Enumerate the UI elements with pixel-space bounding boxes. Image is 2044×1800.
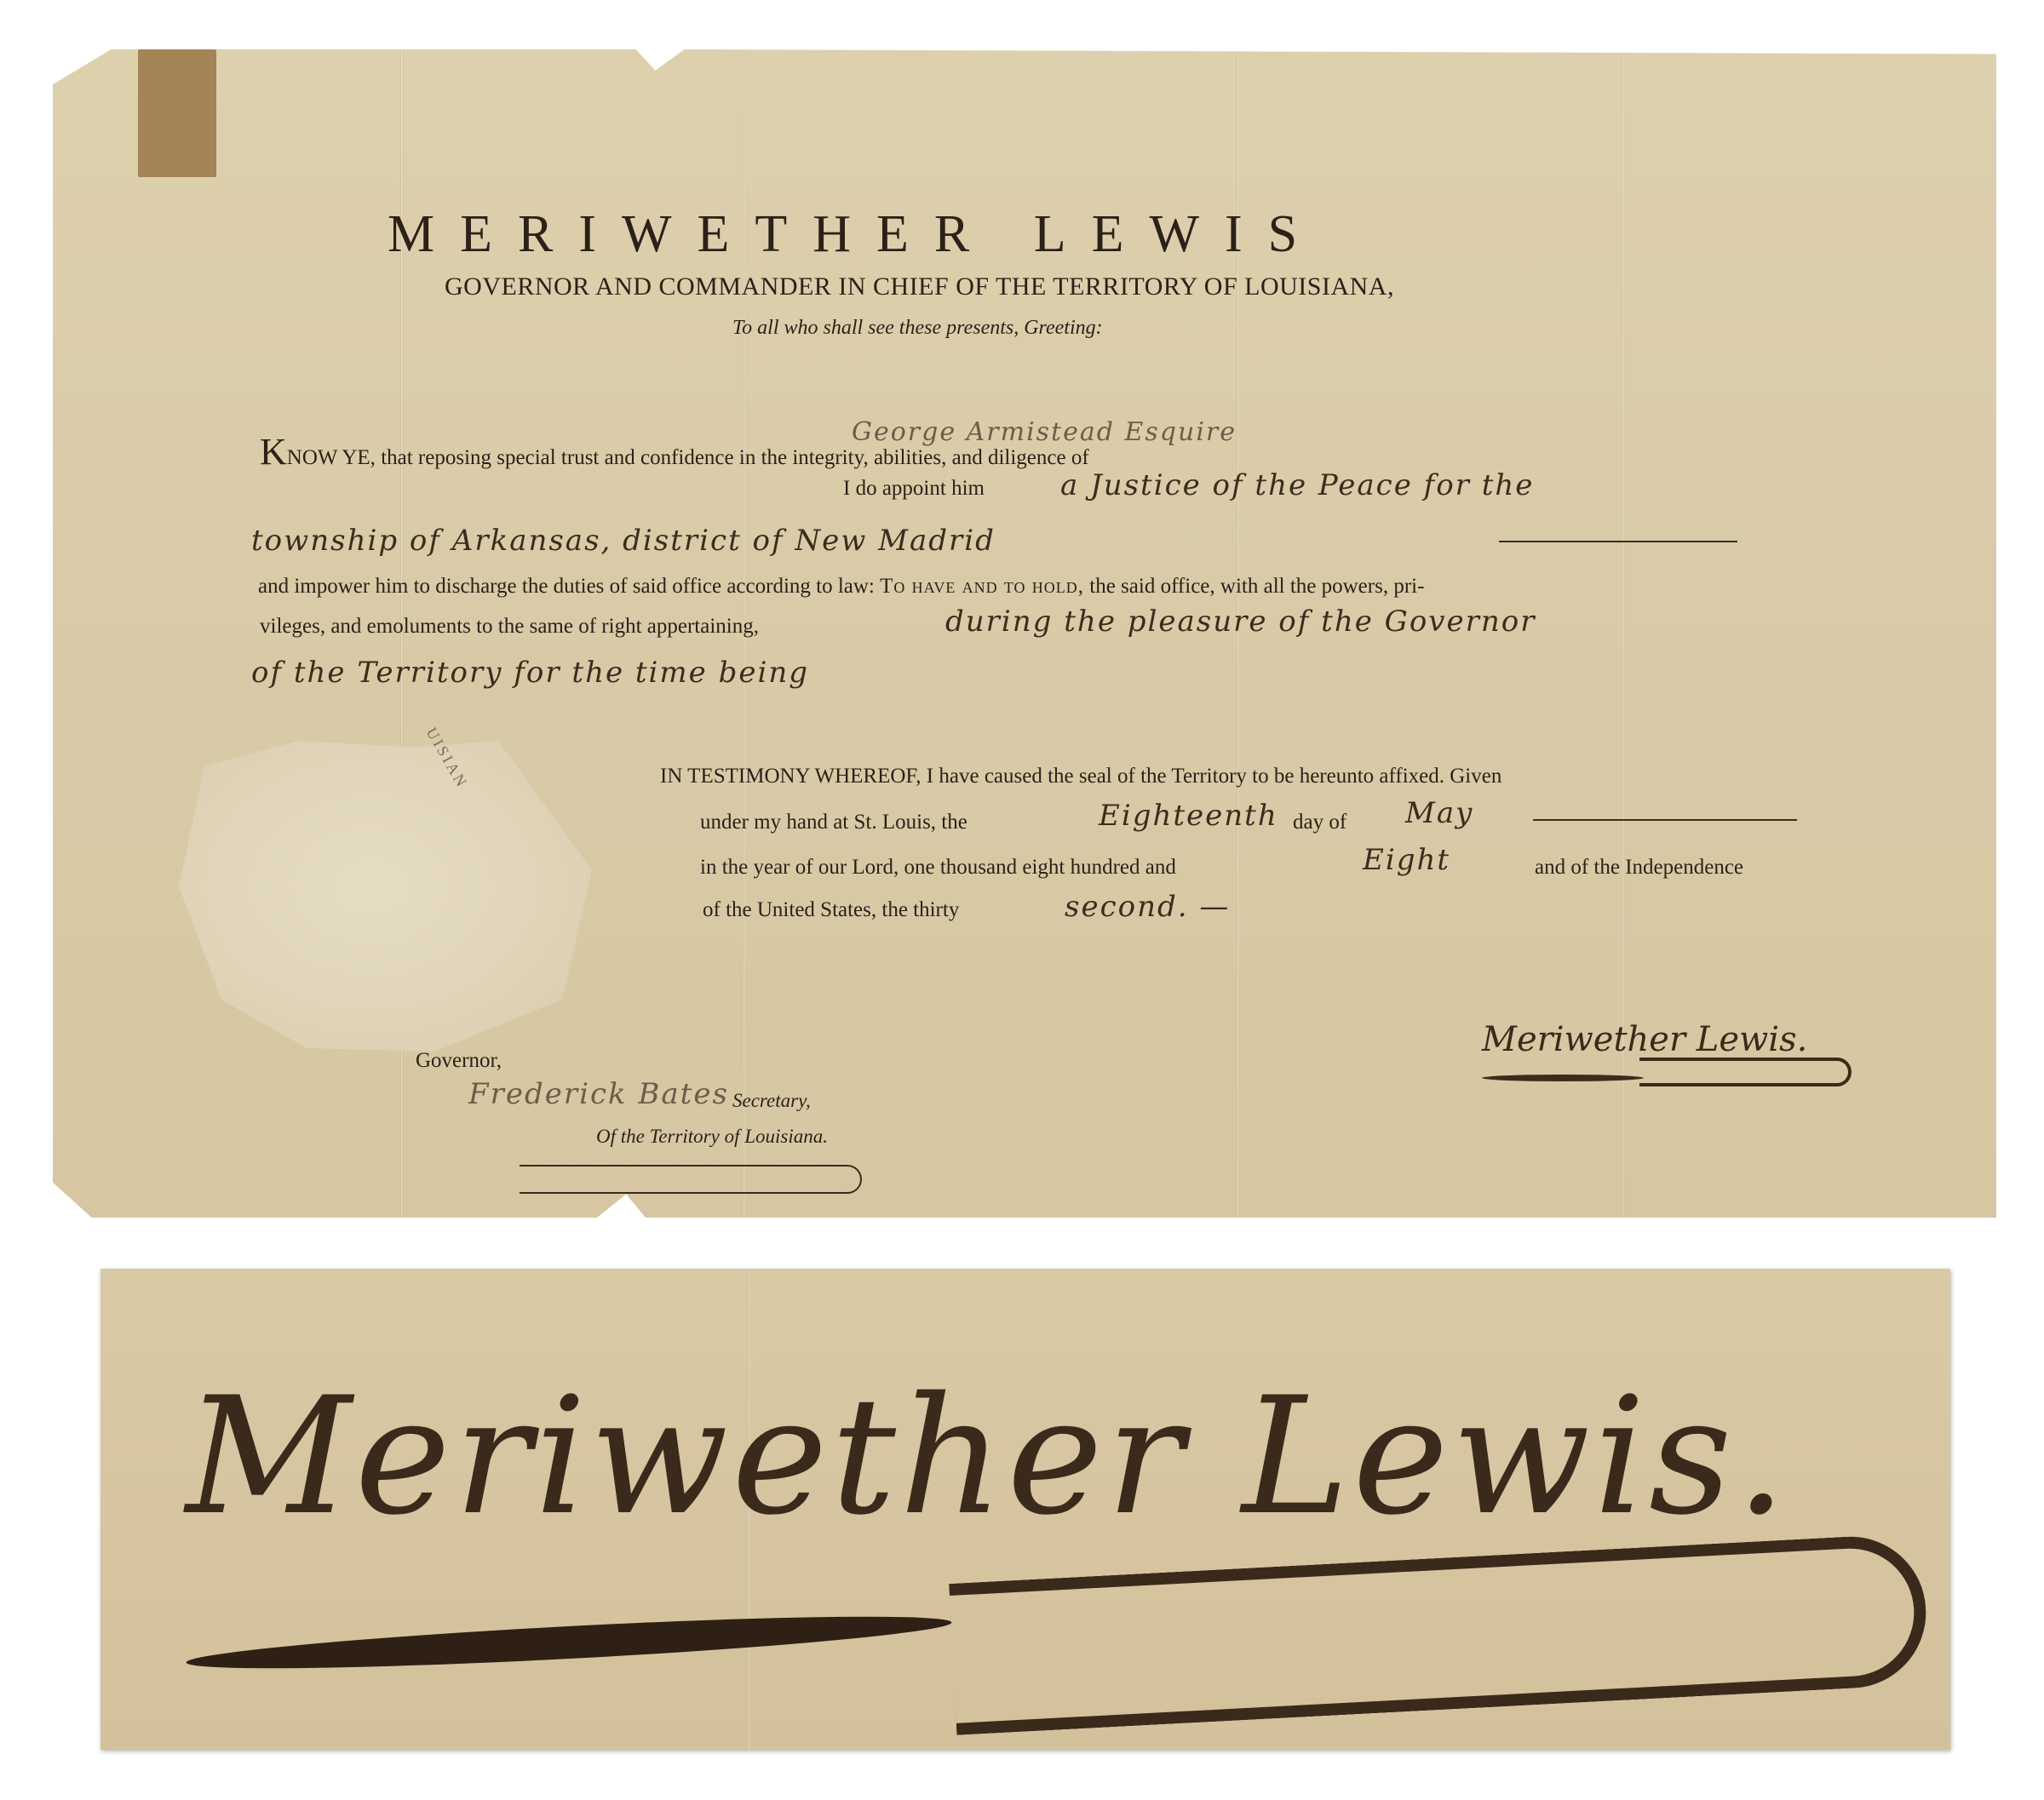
independence-year-handwritten: second. — [1065, 890, 1230, 924]
blank-rule [1499, 541, 1737, 542]
secretary-signature: Frederick Bates [468, 1077, 729, 1111]
year-handwritten: Eight [1363, 843, 1450, 877]
day-of-label: day of [1293, 811, 1346, 834]
signature-swash [1482, 1075, 1644, 1081]
day-handwritten: Eighteenth [1099, 799, 1278, 833]
closeup-flourish [949, 1533, 1930, 1735]
drop-cap: K [260, 431, 287, 473]
signature-flourish [1639, 1058, 1852, 1086]
secretary-flourish [520, 1165, 862, 1194]
united-states-line: of the United States, the thirty [703, 898, 959, 922]
year-line: in the year of our Lord, one thousand ei… [700, 856, 1176, 880]
tenure-text-continued: of the Territory for the time being [251, 656, 809, 690]
closeup-signature: Meriwether Lewis. [186, 1362, 1790, 1551]
closeup-swash [186, 1606, 953, 1678]
office-location: township of Arkansas, district of New Ma… [251, 524, 996, 558]
document-title: MERIWETHER LEWIS [388, 204, 1323, 265]
month-handwritten: May [1405, 796, 1473, 830]
governor-signature: Meriwether Lewis. [1482, 1020, 1807, 1059]
office-title: a Justice of the Peace for the [1060, 468, 1534, 502]
secretary-title: Secretary, [732, 1090, 811, 1112]
blank-rule [1533, 819, 1797, 821]
greeting: To all who shall see these presents, Gre… [732, 317, 1103, 340]
document-subtitle: GOVERNOR AND COMMANDER IN CHIEF OF THE T… [445, 272, 1394, 301]
territory-label: Of the Territory of Louisiana. [596, 1126, 828, 1148]
privileges-line: vileges, and emoluments to the same of r… [260, 615, 759, 639]
repair-tape [138, 49, 216, 177]
independence-line: and of the Independence [1535, 856, 1743, 880]
by-governor-label: Governor, [416, 1049, 502, 1073]
appoint-line: I do appoint him [843, 477, 985, 501]
given-line: under my hand at St. Louis, the [700, 811, 967, 834]
impower-line: and impower him to discharge the duties … [258, 575, 1424, 599]
testimony-line: IN TESTIMONY WHEREOF, I have caused the … [660, 765, 1501, 788]
signature-closeup: Meriwether Lewis. [100, 1269, 1950, 1750]
tenure-text: during the pleasure of the Governor [945, 605, 1536, 639]
appointee-name: George Armistead Esquire [852, 417, 1237, 447]
